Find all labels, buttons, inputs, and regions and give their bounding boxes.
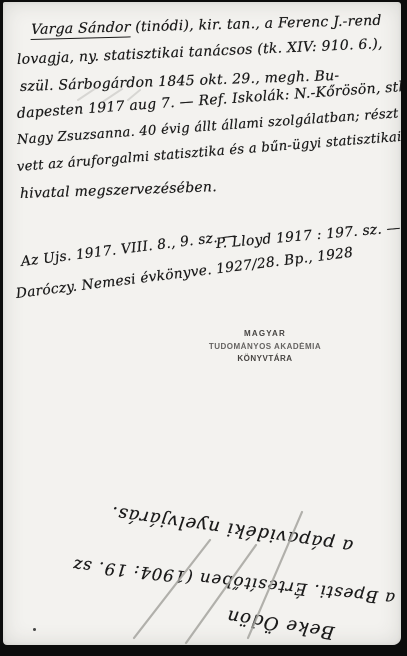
- handwritten-line: Varga Sándor (tinódi), kir. tan., a Fere…: [31, 13, 382, 40]
- handwritten-line: hivatal megszervezésében.: [20, 179, 217, 202]
- scanned-card-photo: Varga Sándor (tinódi), kir. tan., a Fere…: [0, 0, 407, 656]
- library-stamp: MAGYAR TUDOMÁNYOS AKADÉMIA KÖNYVTÁRA: [203, 328, 327, 366]
- handwritten-line: lovagja, ny. statisztikai tanácsos (tk. …: [17, 36, 383, 68]
- underlined-name: Varga Sándor: [31, 19, 131, 40]
- reference-pester-lloyd: P. Lloyd 1917 : 197. sz. —: [215, 220, 401, 252]
- inverted-note-name: Beke Ödön: [225, 605, 336, 643]
- ink-dot: [33, 628, 36, 631]
- inverted-note-line: a Bpesti. Értesítőben (1904: 19. sz: [71, 555, 395, 608]
- line1-rest: (tinódi), kir. tan., a Ferenc J.-rend: [130, 13, 381, 36]
- inverted-pencil-note: Beke Ödön a Bpesti. Értesítőben (1904: 1…: [21, 468, 401, 645]
- stamp-line-2: TUDOMÁNYOS AKADÉMIA: [203, 341, 327, 354]
- stamp-line-1: MAGYAR: [203, 328, 327, 341]
- stamp-line-3: KÖNYVTÁRA: [203, 353, 327, 366]
- catalog-card: Varga Sándor (tinódi), kir. tan., a Fere…: [3, 2, 401, 645]
- inverted-note-line: a pápavidéki nyelvjárás.: [109, 502, 354, 557]
